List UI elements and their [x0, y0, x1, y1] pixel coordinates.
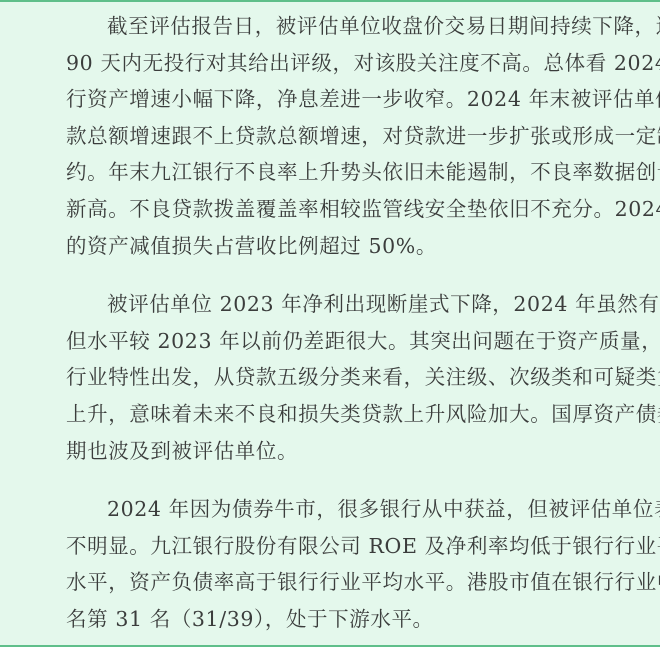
- text-line: 90 天内无投行对其给出评级，对该股关注度不高。总体看 2024 年银: [66, 45, 606, 82]
- text-line: 水平，资产负债率高于银行行业平均水平。港股市值在银行行业中排: [66, 564, 606, 601]
- text-line: 截至评估报告日，被评估单位收盘价交易日期间持续下降，近: [66, 8, 606, 45]
- text-line: 不明显。九江银行股份有限公司 ROE 及净利率均低于银行行业平均: [66, 528, 606, 565]
- text-line: 期也波及到被评估单位。: [66, 433, 606, 470]
- text-line: 约。年末九江银行不良率上升势头依旧未能遏制，不良率数据创十年: [66, 154, 606, 191]
- text-line: 新高。不良贷款拨盖覆盖率相较监管线安全垫依旧不充分。2024 年: [66, 191, 606, 228]
- paragraph-industry-comparison: 2024 年因为债券牛市，很多银行从中获益，但被评估单位表现 不明显。九江银行股…: [66, 491, 606, 637]
- text-line: 被评估单位 2023 年净利出现断崖式下降，2024 年虽然有所增长，: [66, 286, 606, 323]
- document-page: 截至评估报告日，被评估单位收盘价交易日期间持续下降，近 90 天内无投行对其给出…: [0, 0, 660, 647]
- paragraph-net-profit-decline: 被评估单位 2023 年净利出现断崖式下降，2024 年虽然有所增长， 但水平较…: [66, 286, 606, 469]
- paragraph-market-and-asset-quality: 截至评估报告日，被评估单位收盘价交易日期间持续下降，近 90 天内无投行对其给出…: [66, 8, 606, 264]
- document-body: 截至评估报告日，被评估单位收盘价交易日期间持续下降，近 90 天内无投行对其给出…: [66, 8, 606, 638]
- text-line: 行业特性出发，从贷款五级分类来看，关注级、次级类和可疑类贷款: [66, 359, 606, 396]
- text-line: 上升，意味着未来不良和损失类贷款上升风险加大。国厚资产债券逾: [66, 396, 606, 433]
- text-line: 款总额增速跟不上贷款总额增速，对贷款进一步扩张或形成一定制: [66, 118, 606, 155]
- text-line: 2024 年因为债券牛市，很多银行从中获益，但被评估单位表现: [66, 491, 606, 528]
- text-line: 行资产增速小幅下降，净息差进一步收窄。2024 年末被评估单位存: [66, 81, 606, 118]
- text-line: 但水平较 2023 年以前仍差距很大。其突出问题在于资产质量，从银: [66, 323, 606, 360]
- text-line: 的资产减值损失占营收比例超过 50%。: [66, 228, 606, 265]
- text-line: 名第 31 名（31/39），处于下游水平。: [66, 601, 606, 638]
